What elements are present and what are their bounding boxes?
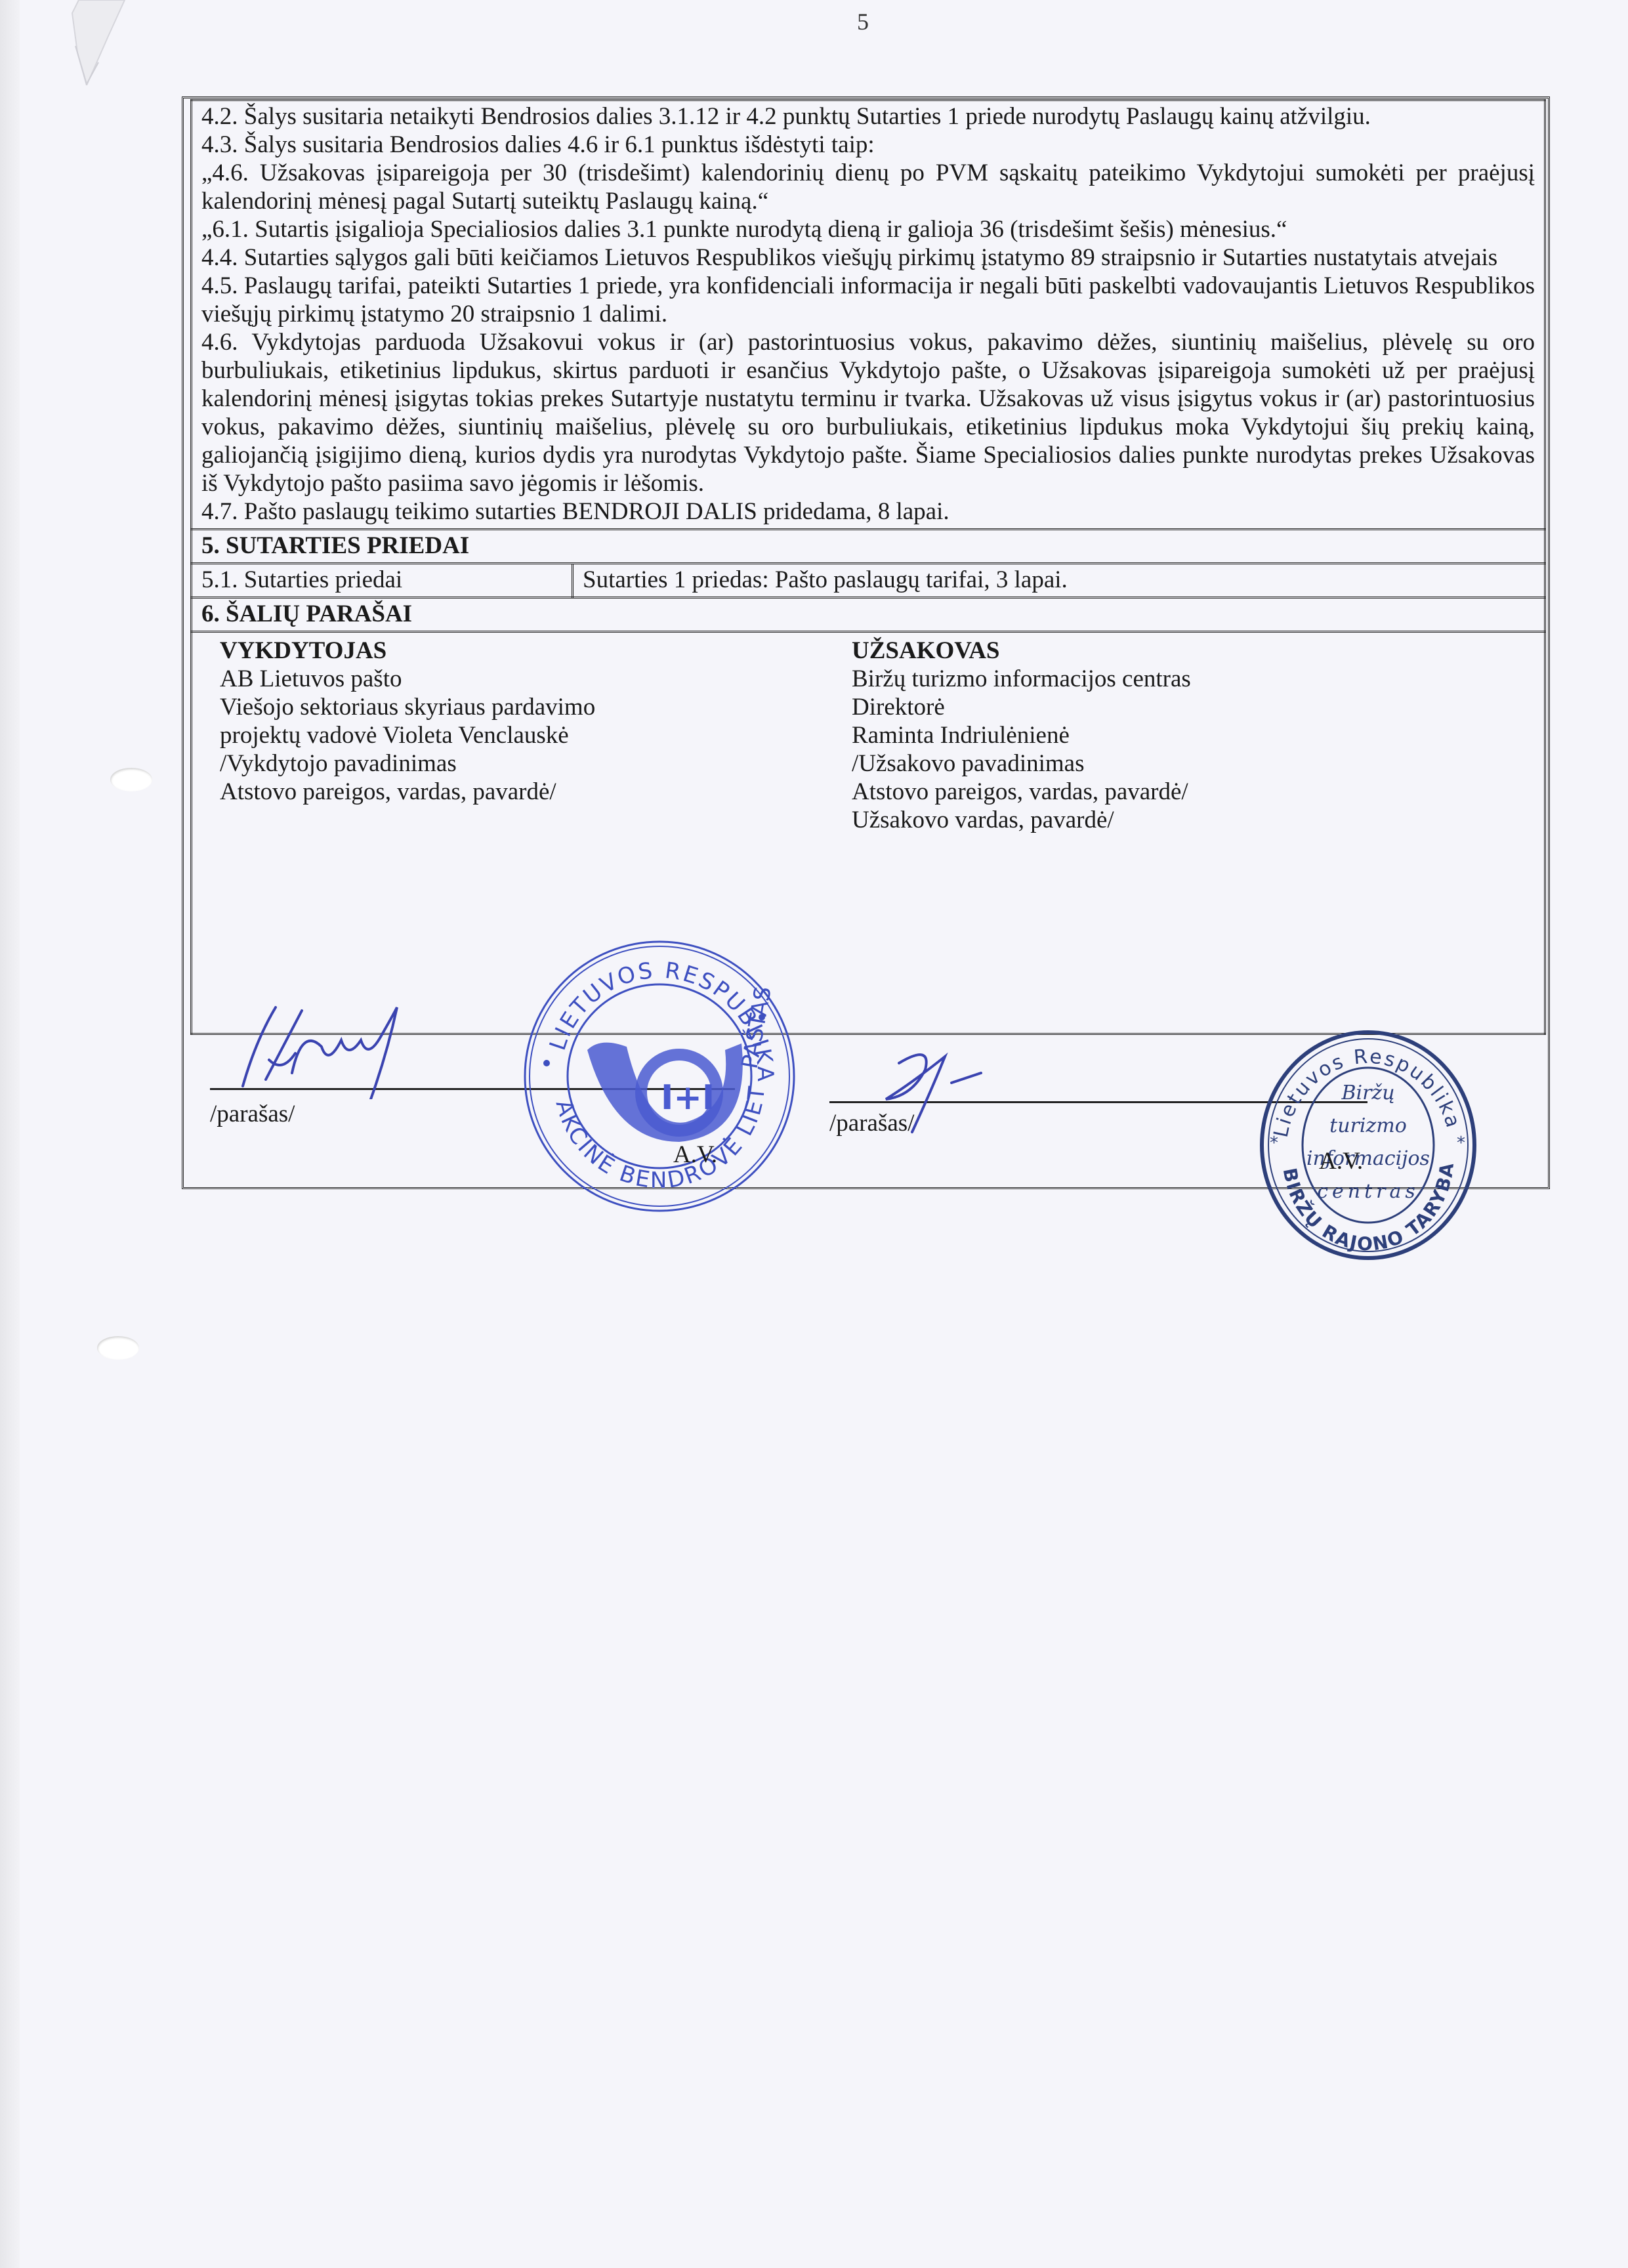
section-5-title: 5. SUTARTIES PRIEDAI: [192, 530, 1545, 564]
svg-text:BIRŽŲ RAJONO TARYBA: BIRŽŲ RAJONO TARYBA: [1279, 1160, 1459, 1255]
svg-text:*: *: [1270, 1133, 1278, 1153]
vykdytojas-block: VYKDYTOJAS AB Lietuvos pašto Viešojo sek…: [220, 637, 595, 806]
seal-mark-vykdytojas: A.V.: [673, 1141, 717, 1169]
clause-4-3-b: „6.1. Sutartis įsigalioja Specialiosios …: [201, 215, 1535, 243]
page-number: 5: [857, 8, 869, 35]
vykdytojas-signature: [230, 1001, 440, 1099]
corner-fold-mark: [46, 0, 177, 85]
signature-label-vykdytojas: /parašas/: [210, 1100, 295, 1128]
clause-4-3: 4.3. Šalys susitaria Bendrosios dalies 4…: [201, 131, 1535, 159]
uzsakovas-line: /Užsakovo pavadinimas: [852, 749, 1191, 778]
clause-4-4: 4.4. Sutarties sąlygos gali būti keičiam…: [201, 243, 1535, 272]
svg-text:turizmo: turizmo: [1329, 1114, 1407, 1137]
svg-text:centras: centras: [1317, 1180, 1419, 1203]
vykdytojas-line: Viešojo sektoriaus skyriaus pardavimo: [220, 693, 595, 721]
vykdytojas-line: /Vykdytojo pavadinimas: [220, 749, 595, 778]
svg-text:*: *: [1457, 1133, 1465, 1153]
section-6-title: 6. ŠALIŲ PARAŠAI: [192, 598, 1545, 632]
signatures-cell: VYKDYTOJAS AB Lietuvos pašto Viešojo sek…: [192, 632, 1545, 1034]
clause-4-3-a: „4.6. Užsakovas įsipareigoja per 30 (tri…: [201, 159, 1535, 215]
svg-text:Biržų: Biržų: [1341, 1081, 1394, 1104]
uzsakovas-line: Atstovo pareigos, vardas, pavardė/: [852, 778, 1191, 806]
clause-4-6: 4.6. Vykdytojas parduoda Užsakovui vokus…: [201, 328, 1535, 497]
birzu-tic-stamp: Lietuvos Respublika BIRŽŲ RAJONO TARYBA …: [1257, 1027, 1480, 1263]
lietuvos-pastas-stamp: LIETUVOS RESPUBLIKA AKCINĖ BENDROVĖ LIET…: [515, 932, 804, 1221]
uzsakovas-line: Užsakovo vardas, pavardė/: [852, 806, 1191, 834]
svg-text:I+I: I+I: [661, 1078, 715, 1118]
uzsakovas-block: UŽSAKOVAS Biržų turizmo informacijos cen…: [852, 637, 1191, 834]
seal-mark-uzsakovas: A.V.: [1319, 1147, 1363, 1175]
vykdytojas-line: AB Lietuvos pašto: [220, 665, 595, 693]
vykdytojas-role: VYKDYTOJAS: [220, 637, 595, 665]
uzsakovas-signature: [873, 1043, 1004, 1135]
annex-value: Sutarties 1 priedas: Pašto paslaugų tari…: [573, 564, 1545, 598]
contract-table: 4.2. Šalys susitaria netaikyti Bendrosio…: [190, 99, 1546, 1035]
clause-4-5: 4.5. Paslaugų tarifai, pateikti Sutartie…: [201, 272, 1535, 328]
uzsakovas-line: Biržų turizmo informacijos centras: [852, 665, 1191, 693]
uzsakovas-line: Raminta Indriulėnienė: [852, 721, 1191, 749]
vykdytojas-line: projektų vadovė Violeta Venclauskė: [220, 721, 595, 749]
punch-hole: [110, 768, 152, 791]
vykdytojas-line: Atstovo pareigos, vardas, pavardė/: [220, 778, 595, 806]
clause-4-7: 4.7. Pašto paslaugų teikimo sutarties BE…: [201, 497, 1535, 526]
clause-4-2: 4.2. Šalys susitaria netaikyti Bendrosio…: [201, 102, 1535, 131]
annex-label: 5.1. Sutarties priedai: [192, 564, 573, 598]
scan-edge: [0, 0, 20, 2268]
punch-hole: [97, 1336, 139, 1360]
uzsakovas-role: UŽSAKOVAS: [852, 637, 1191, 665]
uzsakovas-line: Direktorė: [852, 693, 1191, 721]
clauses-cell: 4.2. Šalys susitaria netaikyti Bendrosio…: [192, 100, 1545, 530]
